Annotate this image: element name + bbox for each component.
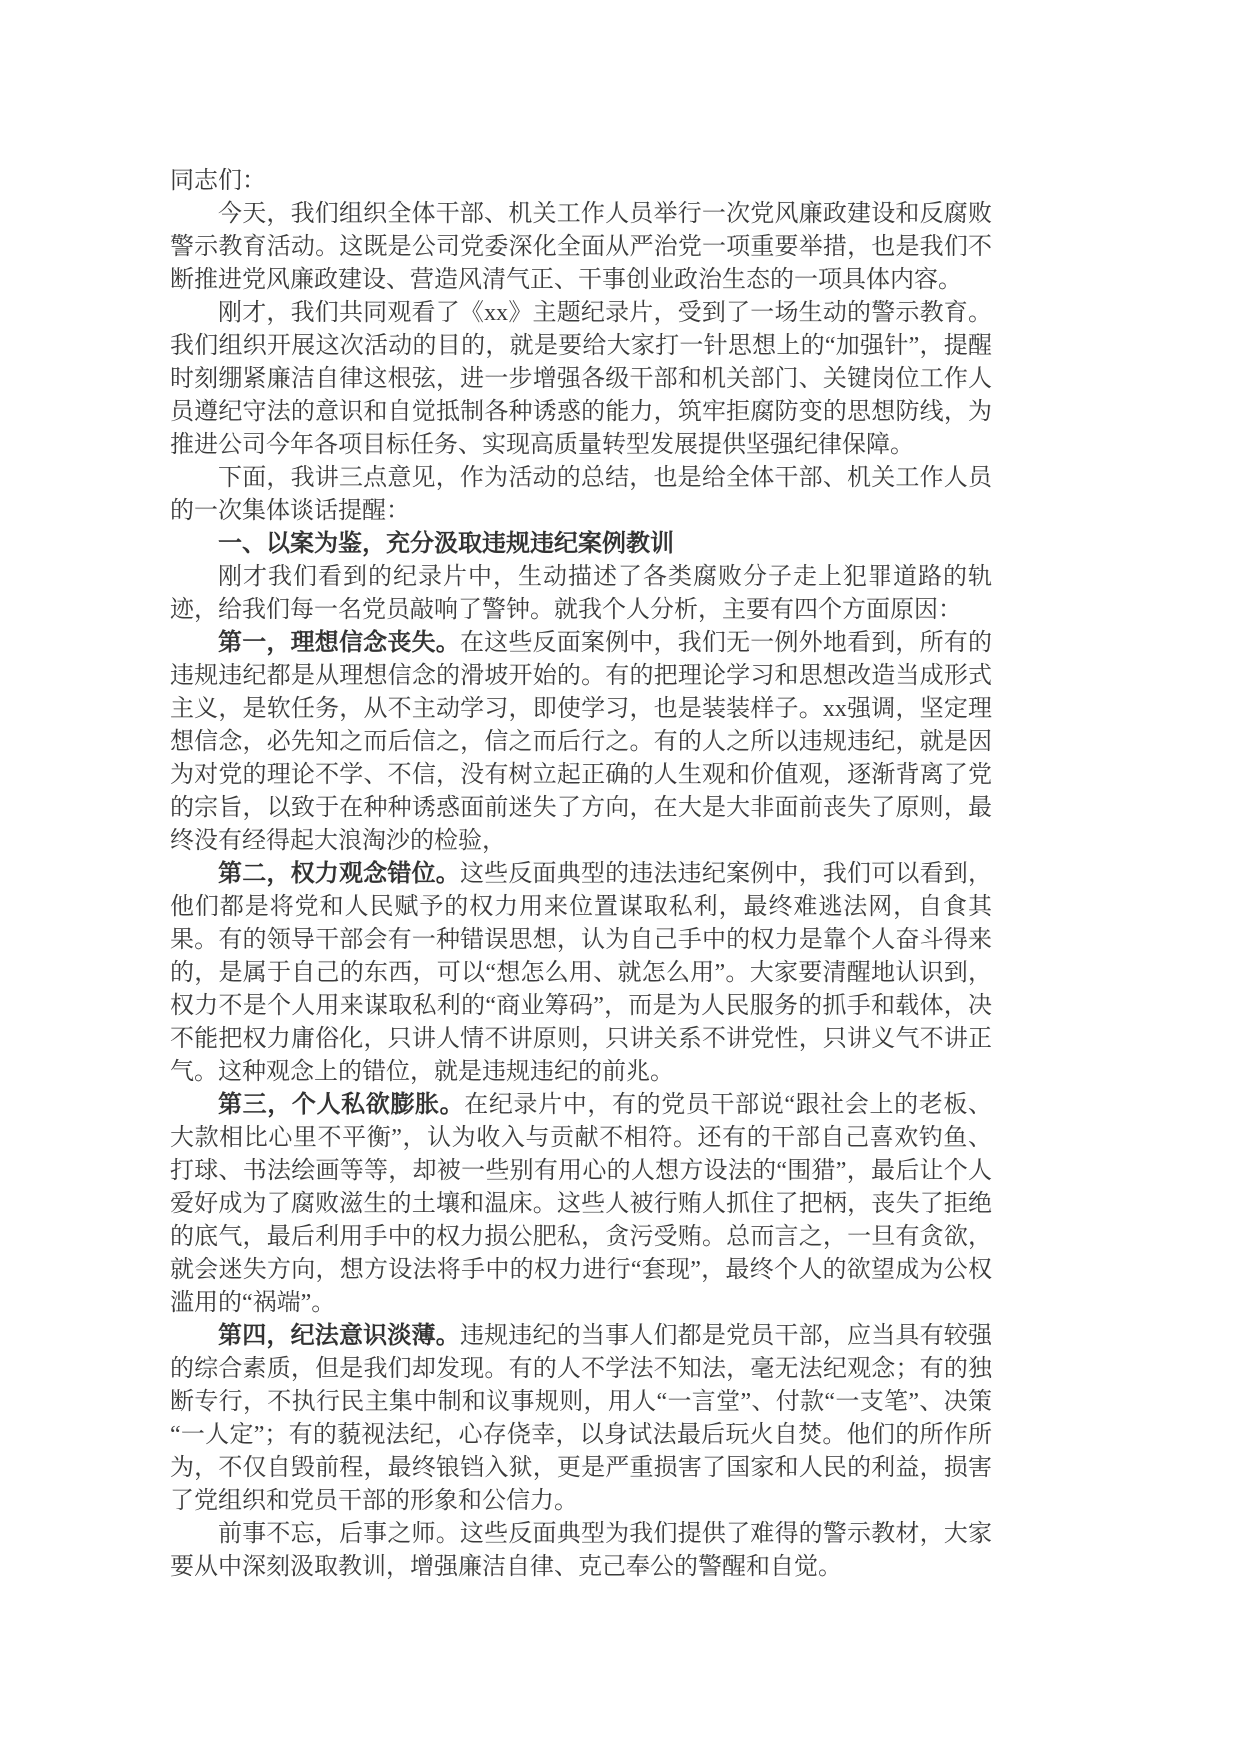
paragraph: 刚才，我们共同观看了《xx》主题纪录片，受到了一场生动的警示教育。我们组织开展这… xyxy=(170,297,992,462)
paragraph-lead: 第一，理想信念丧失。 xyxy=(218,630,460,656)
paragraph: 第四，纪法意识淡薄。违规违纪的当事人们都是党员干部，应当具有较强的综合素质，但是… xyxy=(170,1320,992,1518)
paragraph: 第二，权力观念错位。这些反面典型的违法违纪案例中，我们可以看到，他们都是将党和人… xyxy=(170,858,992,1089)
paragraph-text: 在这些反面案例中，我们无一例外地看到，所有的违规违纪都是从理想信念的滑坡开始的。… xyxy=(170,630,992,854)
paragraph: 下面，我讲三点意见，作为活动的总结，也是给全体干部、机关工作人员的一次集体谈话提… xyxy=(170,462,992,528)
paragraph: 刚才我们看到的纪录片中，生动描述了各类腐败分子走上犯罪道路的轨迹，给我们每一名党… xyxy=(170,561,992,627)
paragraph-lead: 第二，权力观念错位。 xyxy=(218,861,460,887)
paragraph: 今天，我们组织全体干部、机关工作人员举行一次党风廉政建设和反腐败警示教育活动。这… xyxy=(170,198,992,297)
paragraph-text: 在纪录片中，有的党员干部说“跟社会上的老板、大款相比心里不平衡”，认为收入与贡献… xyxy=(170,1092,992,1316)
document-body: 同志们：今天，我们组织全体干部、机关工作人员举行一次党风廉政建设和反腐败警示教育… xyxy=(170,165,992,1584)
paragraph-lead: 第四，纪法意识淡薄。 xyxy=(218,1323,460,1349)
paragraph-lead: 第三，个人私欲膨胀。 xyxy=(218,1092,464,1118)
section-heading: 一、以案为鉴，充分汲取违规违纪案例教训 xyxy=(170,528,992,561)
paragraph-text: 违规违纪的当事人们都是党员干部，应当具有较强的综合素质，但是我们却发现。有的人不… xyxy=(170,1323,992,1514)
document-page: 同志们：今天，我们组织全体干部、机关工作人员举行一次党风廉政建设和反腐败警示教育… xyxy=(170,165,992,1584)
paragraph-text: 这些反面典型的违法违纪案例中，我们可以看到，他们都是将党和人民赋予的权力用来位置… xyxy=(170,861,992,1085)
paragraph: 前事不忘，后事之师。这些反面典型为我们提供了难得的警示教材，大家要从中深刻汲取教… xyxy=(170,1518,992,1584)
salutation: 同志们： xyxy=(170,165,992,198)
paragraph: 第一，理想信念丧失。在这些反面案例中，我们无一例外地看到，所有的违规违纪都是从理… xyxy=(170,627,992,858)
paragraph: 第三，个人私欲膨胀。在纪录片中，有的党员干部说“跟社会上的老板、大款相比心里不平… xyxy=(170,1089,992,1320)
